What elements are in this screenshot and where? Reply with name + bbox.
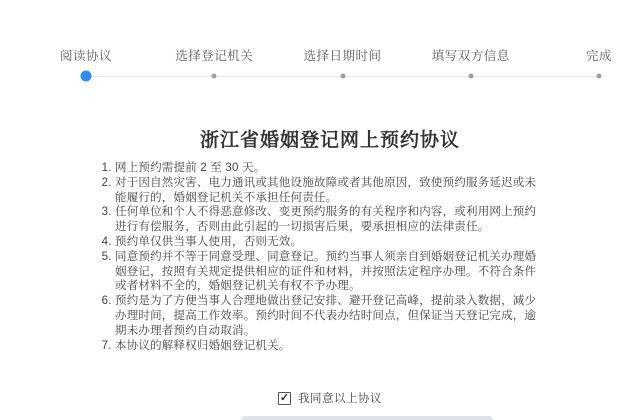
next-button-partial[interactable] <box>241 416 493 420</box>
agreement-item: 预约是为了方便当事人合理地做出登记安排、避开登记高峰，提前录入数据，减少办理时间… <box>115 294 543 338</box>
step-label-read-agreement: 阅读协议 <box>60 46 112 64</box>
agreement-item: 对于因自然灾害、电力通讯或其他设施故障或者其他原因，致使预约服务延迟或未能履行的… <box>115 176 543 206</box>
consent-row: ✓ 我同意以上协议 <box>0 390 640 406</box>
step-dot-active-icon <box>81 71 92 82</box>
step-dot-icon <box>212 74 217 79</box>
progress-stepper: 阅读协议 选择登记机关 选择日期时间 填写双方信息 完成 <box>86 42 599 90</box>
step-label-select-datetime: 选择日期时间 <box>303 46 381 64</box>
agree-checkbox[interactable]: ✓ <box>278 392 291 405</box>
agreement-item: 任何单位和个人不得恶意修改、变更预约服务的有关程序和内容，或利用网上预约进行有偿… <box>115 205 543 235</box>
agreement-list: 网上预约需提前 2 至 30 天。对于因自然灾害、电力通讯或其他设施故障或者其他… <box>88 161 543 353</box>
step-label-complete: 完成 <box>586 46 612 64</box>
step-dot-icon <box>597 74 602 79</box>
agree-checkbox-label[interactable]: 我同意以上协议 <box>298 390 382 406</box>
page-title: 浙江省婚姻登记网上预约协议 <box>0 125 640 152</box>
agreement-terms: 网上预约需提前 2 至 30 天。对于因自然灾害、电力通讯或其他设施故障或者其他… <box>88 161 543 353</box>
step-label-select-office: 选择登记机关 <box>175 46 253 64</box>
step-dot-icon <box>468 74 473 79</box>
agreement-item: 网上预约需提前 2 至 30 天。 <box>115 161 543 176</box>
agreement-item: 预约单仅供当事人使用，否则无效。 <box>115 235 543 250</box>
agreement-item: 同意预约并不等于同意受理、同意登记。预约当事人须亲自到婚姻登记机关办理婚姻登记，… <box>115 250 543 294</box>
step-label-fill-info: 填写双方信息 <box>432 46 510 64</box>
agreement-item: 本协议的解释权归婚姻登记机关。 <box>115 339 543 354</box>
step-dot-icon <box>340 74 345 79</box>
